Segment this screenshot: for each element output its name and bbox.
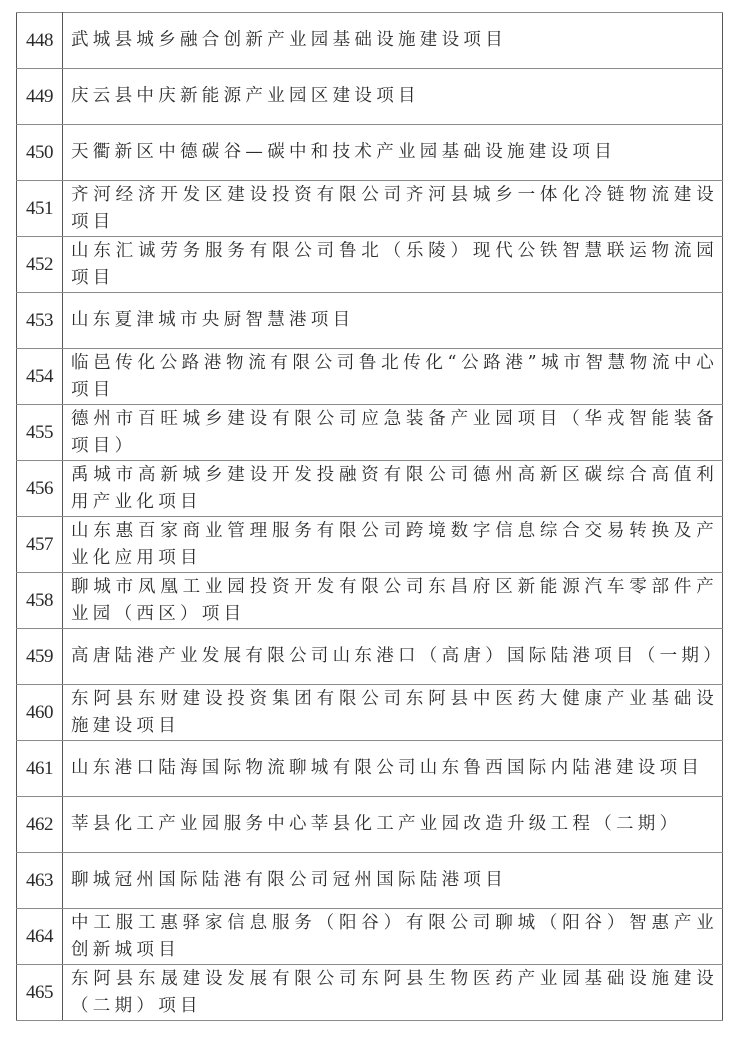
- project-name: 中工服工惠驿家信息服务（阳谷）有限公司聊城（阳谷）智惠产业创新城项目: [63, 909, 723, 965]
- table-row: 461山东港口陆海国际物流聊城有限公司山东鲁西国际内陆港建设项目: [17, 741, 723, 797]
- project-name: 东阿县东财建设投资集团有限公司东阿县中医药大健康产业基础设施建设项目: [63, 685, 723, 741]
- table-row: 455德州市百旺城乡建设有限公司应急装备产业园项目（华戎智能装备项目）: [17, 405, 723, 461]
- row-number: 459: [17, 629, 63, 685]
- project-name: 庆云县中庆新能源产业园区建设项目: [63, 69, 723, 125]
- row-number: 453: [17, 293, 63, 349]
- table-row: 458聊城市凤凰工业园投资开发有限公司东昌府区新能源汽车零部件产业园（西区）项目: [17, 573, 723, 629]
- row-number: 465: [17, 965, 63, 1021]
- table-row: 462莘县化工产业园服务中心莘县化工产业园改造升级工程（二期）: [17, 797, 723, 853]
- project-name: 东阿县东晟建设发展有限公司东阿县生物医药产业园基础设施建设（二期）项目: [63, 965, 723, 1021]
- table-row: 460东阿县东财建设投资集团有限公司东阿县中医药大健康产业基础设施建设项目: [17, 685, 723, 741]
- row-number: 458: [17, 573, 63, 629]
- table-row: 457山东惠百家商业管理服务有限公司跨境数字信息综合交易转换及产业化应用项目: [17, 517, 723, 573]
- table-row: 448武城县城乡融合创新产业园基础设施建设项目: [17, 13, 723, 69]
- row-number: 448: [17, 13, 63, 69]
- row-number: 461: [17, 741, 63, 797]
- table-row: 456禹城市高新城乡建设开发投融资有限公司德州高新区碳综合高值利用产业化项目: [17, 461, 723, 517]
- row-number: 463: [17, 853, 63, 909]
- project-name: 聊城冠州国际陆港有限公司冠州国际陆港项目: [63, 853, 723, 909]
- row-number: 454: [17, 349, 63, 405]
- row-number: 456: [17, 461, 63, 517]
- project-name: 高唐陆港产业发展有限公司山东港口（高唐）国际陆港项目（一期）: [63, 629, 723, 685]
- table-row: 454临邑传化公路港物流有限公司鲁北传化“公路港”城市智慧物流中心项目: [17, 349, 723, 405]
- project-list-table: 448武城县城乡融合创新产业园基础设施建设项目449庆云县中庆新能源产业园区建设…: [16, 12, 723, 1021]
- row-number: 450: [17, 125, 63, 181]
- table-row: 451齐河经济开发区建设投资有限公司齐河县城乡一体化冷链物流建设项目: [17, 181, 723, 237]
- project-name: 武城县城乡融合创新产业园基础设施建设项目: [63, 13, 723, 69]
- project-name: 齐河经济开发区建设投资有限公司齐河县城乡一体化冷链物流建设项目: [63, 181, 723, 237]
- project-name: 山东惠百家商业管理服务有限公司跨境数字信息综合交易转换及产业化应用项目: [63, 517, 723, 573]
- row-number: 457: [17, 517, 63, 573]
- table-body: 448武城县城乡融合创新产业园基础设施建设项目449庆云县中庆新能源产业园区建设…: [17, 13, 723, 1021]
- row-number: 464: [17, 909, 63, 965]
- row-number: 455: [17, 405, 63, 461]
- table-row: 464中工服工惠驿家信息服务（阳谷）有限公司聊城（阳谷）智惠产业创新城项目: [17, 909, 723, 965]
- project-name: 禹城市高新城乡建设开发投融资有限公司德州高新区碳综合高值利用产业化项目: [63, 461, 723, 517]
- table-row: 449庆云县中庆新能源产业园区建设项目: [17, 69, 723, 125]
- project-name: 山东夏津城市央厨智慧港项目: [63, 293, 723, 349]
- project-name: 天衢新区中德碳谷—碳中和技术产业园基础设施建设项目: [63, 125, 723, 181]
- row-number: 449: [17, 69, 63, 125]
- table-row: 453山东夏津城市央厨智慧港项目: [17, 293, 723, 349]
- row-number: 451: [17, 181, 63, 237]
- project-name: 山东港口陆海国际物流聊城有限公司山东鲁西国际内陆港建设项目: [63, 741, 723, 797]
- table-row: 465东阿县东晟建设发展有限公司东阿县生物医药产业园基础设施建设（二期）项目: [17, 965, 723, 1021]
- table-row: 459高唐陆港产业发展有限公司山东港口（高唐）国际陆港项目（一期）: [17, 629, 723, 685]
- project-name: 莘县化工产业园服务中心莘县化工产业园改造升级工程（二期）: [63, 797, 723, 853]
- table-row: 452山东汇诚劳务服务有限公司鲁北（乐陵）现代公铁智慧联运物流园项目: [17, 237, 723, 293]
- project-name: 德州市百旺城乡建设有限公司应急装备产业园项目（华戎智能装备项目）: [63, 405, 723, 461]
- row-number: 462: [17, 797, 63, 853]
- project-name: 临邑传化公路港物流有限公司鲁北传化“公路港”城市智慧物流中心项目: [63, 349, 723, 405]
- table-row: 463聊城冠州国际陆港有限公司冠州国际陆港项目: [17, 853, 723, 909]
- row-number: 460: [17, 685, 63, 741]
- table-row: 450天衢新区中德碳谷—碳中和技术产业园基础设施建设项目: [17, 125, 723, 181]
- project-name: 山东汇诚劳务服务有限公司鲁北（乐陵）现代公铁智慧联运物流园项目: [63, 237, 723, 293]
- project-name: 聊城市凤凰工业园投资开发有限公司东昌府区新能源汽车零部件产业园（西区）项目: [63, 573, 723, 629]
- row-number: 452: [17, 237, 63, 293]
